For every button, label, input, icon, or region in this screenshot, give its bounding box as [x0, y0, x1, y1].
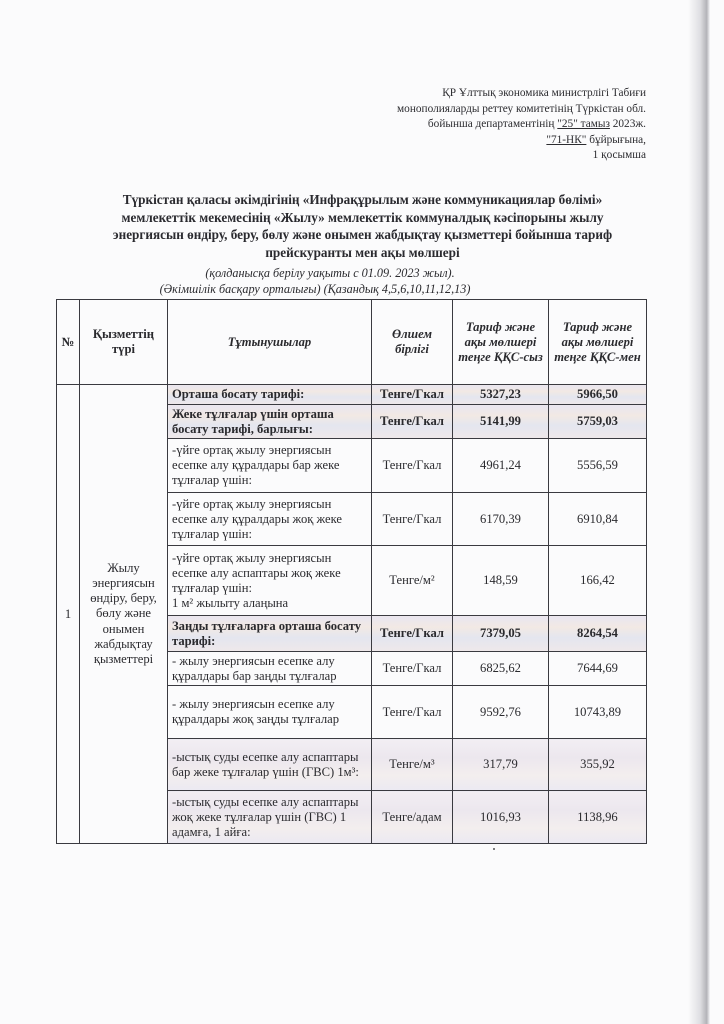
- unit-cell: Тенге/Гкал: [372, 652, 453, 686]
- col-header-service: Қызметтің түрі: [80, 300, 168, 385]
- unit-cell: Тенге/Гкал: [372, 616, 453, 652]
- tariff-incl-vat-cell: 10743,89: [549, 686, 647, 739]
- consumer-cell: - жылу энергиясын есепке алу құралдары ж…: [168, 686, 372, 739]
- col-header-tariff-excl-vat: Тариф және ақы мөлшері теңге ҚҚС-сыз: [453, 300, 549, 385]
- row-number: 1: [57, 385, 80, 844]
- col-header-unit: Өлшем бірлігі: [372, 300, 453, 385]
- tariff-excl-vat-cell: 5327,23: [453, 385, 549, 405]
- consumer-cell: Жеке тұлғалар үшін орташа босату тарифі,…: [168, 405, 372, 439]
- col-header-no: №: [57, 300, 80, 385]
- table-header-row: № Қызметтің түрі Тұтынушылар Өлшем бірлі…: [57, 300, 647, 385]
- consumer-cell: Орташа босату тарифі:: [168, 385, 372, 405]
- order-suffix: бұйрығына,: [586, 134, 646, 146]
- tariff-excl-vat-cell: 148,59: [453, 546, 549, 616]
- table-row: 1Жылу энергиясын өндіру, беру, бөлу және…: [57, 385, 647, 405]
- scan-speck: [493, 848, 495, 850]
- approval-year: 2023ж.: [610, 118, 646, 130]
- unit-cell: Тенге/Гкал: [372, 439, 453, 493]
- tariff-excl-vat-cell: 9592,76: [453, 686, 549, 739]
- tariff-incl-vat-cell: 8264,54: [549, 616, 647, 652]
- approval-note-text: бойынша департаментінің: [428, 118, 557, 130]
- unit-cell: Тенге/Гкал: [372, 385, 453, 405]
- tariff-incl-vat-cell: 1138,96: [549, 791, 647, 844]
- title-line: энергиясын өндіру, беру, бөлу және оныме…: [90, 226, 635, 244]
- document-subtitle: (қолданысқа берілу уақыты с 01.09. 2023 …: [120, 265, 540, 297]
- service-type: Жылу энергиясын өндіру, беру, бөлу және …: [80, 385, 168, 844]
- unit-cell: Тенге/м²: [372, 546, 453, 616]
- consumer-cell: -үйге ортақ жылу энергиясын есепке алу қ…: [168, 493, 372, 546]
- scan-shadow-edge: [688, 0, 710, 1024]
- approval-note-line: "71-НК" бұйрығына,: [286, 133, 646, 149]
- consumer-text: -үйге ортақ жылу энергиясын есепке алу а…: [172, 551, 367, 596]
- order-number: "71-НК": [546, 134, 586, 146]
- tariff-incl-vat-cell: 5966,50: [549, 385, 647, 405]
- unit-cell: Тенге/Гкал: [372, 686, 453, 739]
- document-title: Түркістан қаласы әкімдігінің «Инфрақұрыл…: [90, 191, 635, 261]
- tariff-incl-vat-cell: 5759,03: [549, 405, 647, 439]
- tariff-excl-vat-cell: 317,79: [453, 739, 549, 791]
- unit-cell: Тенге/адам: [372, 791, 453, 844]
- effective-date: (қолданысқа берілу уақыты с 01.09. 2023 …: [120, 265, 540, 281]
- tariff-excl-vat-cell: 4961,24: [453, 439, 549, 493]
- tariff-table: № Қызметтің түрі Тұтынушылар Өлшем бірлі…: [56, 299, 647, 844]
- approval-note-line: монополияларды реттеу комитетінің Түркіс…: [286, 102, 646, 118]
- col-header-tariff-incl-vat: Тариф және ақы мөлшері теңге ҚҚС-мен: [549, 300, 647, 385]
- tariff-excl-vat-cell: 7379,05: [453, 616, 549, 652]
- title-line: мемлекеттік мекемесінің «Жылу» мемлекетт…: [90, 209, 635, 227]
- approval-note-line: ҚР Ұлттық экономика министрлігі Табиғи: [286, 86, 646, 102]
- consumer-extra-text: 1 м² жылыту алаңына: [172, 596, 367, 611]
- consumer-cell: -үйге ортақ жылу энергиясын есепке алу а…: [168, 546, 372, 616]
- consumer-cell: Заңды тұлғаларға орташа босату тарифі:: [168, 616, 372, 652]
- consumer-cell: - жылу энергиясын есепке алу құралдары б…: [168, 652, 372, 686]
- tariff-incl-vat-cell: 7644,69: [549, 652, 647, 686]
- consumer-cell: -үйге ортақ жылу энергиясын есепке алу қ…: [168, 439, 372, 493]
- tariff-excl-vat-cell: 6825,62: [453, 652, 549, 686]
- tariff-excl-vat-cell: 1016,93: [453, 791, 549, 844]
- col-header-consumers: Тұтынушылар: [168, 300, 372, 385]
- tariff-excl-vat-cell: 5141,99: [453, 405, 549, 439]
- boiler-houses: (Әкімшілік басқару орталығы) (Қазандық 4…: [90, 281, 540, 297]
- tariff-incl-vat-cell: 6910,84: [549, 493, 647, 546]
- title-line: Түркістан қаласы әкімдігінің «Инфрақұрыл…: [90, 191, 635, 209]
- approval-note-line: бойынша департаментінің "25" тамыз 2023ж…: [286, 117, 646, 133]
- consumer-cell: -ыстық суды есепке алу аспаптары бар жек…: [168, 739, 372, 791]
- unit-cell: Тенге/Гкал: [372, 493, 453, 546]
- title-line: прейскуранты мен ақы мөлшері: [90, 244, 635, 262]
- tariff-incl-vat-cell: 166,42: [549, 546, 647, 616]
- tariff-incl-vat-cell: 355,92: [549, 739, 647, 791]
- approval-note: ҚР Ұлттық экономика министрлігі Табиғи м…: [286, 86, 646, 164]
- annex-label: 1 қосымша: [286, 148, 646, 164]
- approval-date: "25" тамыз: [557, 118, 610, 130]
- tariff-excl-vat-cell: 6170,39: [453, 493, 549, 546]
- tariff-incl-vat-cell: 5556,59: [549, 439, 647, 493]
- unit-cell: Тенге/Гкал: [372, 405, 453, 439]
- consumer-cell: -ыстық суды есепке алу аспаптары жоқ жек…: [168, 791, 372, 844]
- unit-cell: Тенге/м³: [372, 739, 453, 791]
